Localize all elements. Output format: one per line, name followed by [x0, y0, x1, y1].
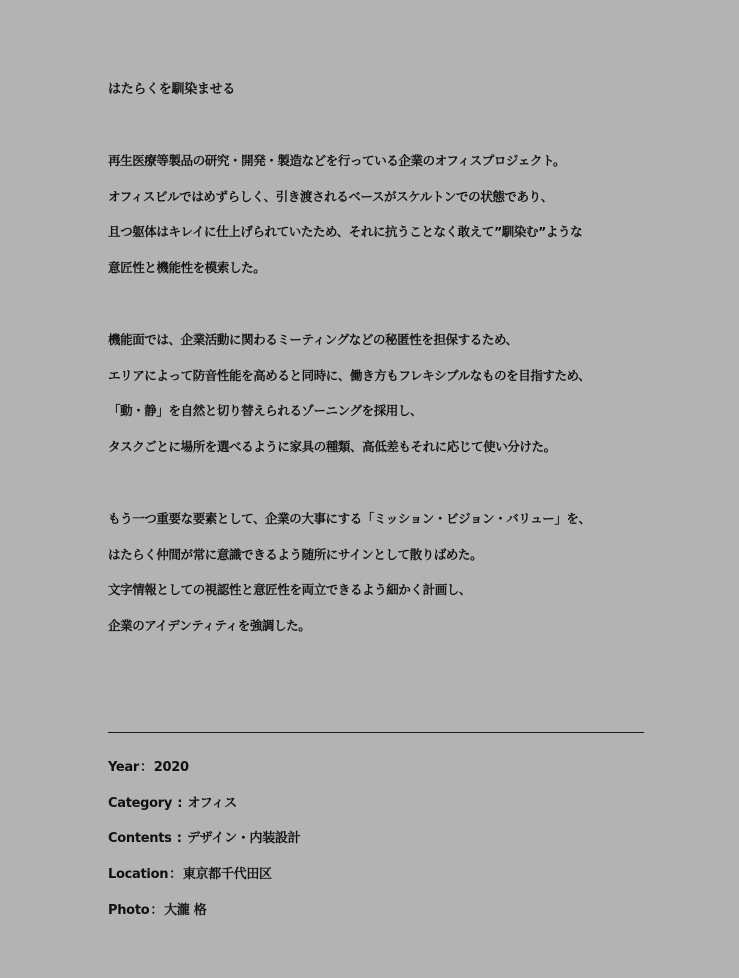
meta-contents: Contents : デザイン・内装設計: [108, 829, 300, 849]
paragraph-line: オフィスビルではめずらしく、引き渡されるベースがスケルトンでの状態であり、: [108, 187, 668, 207]
meta-photo-label: Photo: [108, 903, 149, 918]
meta-category: Category : オフィス: [108, 794, 300, 814]
paragraph-identity: もう一つ重要な要素として、企業の大事にする「ミッション・ビジョン・バリュー」を、…: [108, 509, 668, 652]
meta-photo: Photo：大瀧 格: [108, 901, 300, 921]
meta-separator: :: [172, 796, 187, 811]
paragraph-line: はたらく仲間が常に意識できるよう随所にサインとして散りばめた。: [108, 545, 668, 565]
paragraph-line: もう一つ重要な要素として、企業の大事にする「ミッション・ビジョン・バリュー」を、: [108, 509, 668, 529]
paragraph-line: エリアによって防音性能を高めると同時に、働き方もフレキシブルなものを目指すため、: [108, 366, 668, 386]
paragraph-line: 再生医療等製品の研究・開発・製造などを行っている企業のオフィスプロジェクト。: [108, 151, 668, 171]
meta-year-value: 2020: [154, 760, 189, 775]
meta-separator: :: [172, 831, 187, 846]
meta-separator: ：: [149, 903, 164, 918]
paragraph-line: 「動・静」を自然と切り替えられるゾーニングを採用し、: [108, 401, 668, 421]
meta-location-value: 東京都千代田区: [183, 867, 272, 882]
paragraph-line: 且つ躯体はキレイに仕上げられていたため、それに抗うことなく敢えて”馴染む”ような: [108, 222, 668, 242]
section-divider: [108, 732, 644, 733]
meta-location: Location：東京都千代田区: [108, 865, 300, 885]
meta-location-label: Location: [108, 867, 168, 882]
paragraph-line: 文字情報としての視認性と意匠性を両立できるよう細かく計画し、: [108, 580, 668, 600]
meta-contents-label: Contents: [108, 831, 172, 846]
meta-category-value: オフィス: [187, 796, 236, 811]
project-meta: Year：2020 Category : オフィス Contents : デザイ…: [108, 758, 300, 936]
project-title: はたらくを馴染ませる: [108, 80, 235, 100]
paragraph-line: 意匠性と機能性を模索した。: [108, 258, 668, 278]
paragraph-line: タスクごとに場所を選べるように家具の種類、高低差もそれに応じて使い分けた。: [108, 437, 668, 457]
paragraph-line: 機能面では、企業活動に関わるミーティングなどの秘匿性を担保するため、: [108, 330, 668, 350]
meta-year: Year：2020: [108, 758, 300, 778]
meta-separator: ：: [139, 760, 154, 775]
meta-year-label: Year: [108, 760, 139, 775]
paragraph-function: 機能面では、企業活動に関わるミーティングなどの秘匿性を担保するため、 エリアによ…: [108, 330, 668, 473]
paragraph-line: 企業のアイデンティティを強調した。: [108, 616, 668, 636]
meta-contents-value: デザイン・内装設計: [187, 831, 300, 846]
meta-category-label: Category: [108, 796, 172, 811]
paragraph-overview: 再生医療等製品の研究・開発・製造などを行っている企業のオフィスプロジェクト。 オ…: [108, 151, 668, 294]
meta-separator: ：: [168, 867, 183, 882]
meta-photo-value: 大瀧 格: [164, 903, 206, 918]
